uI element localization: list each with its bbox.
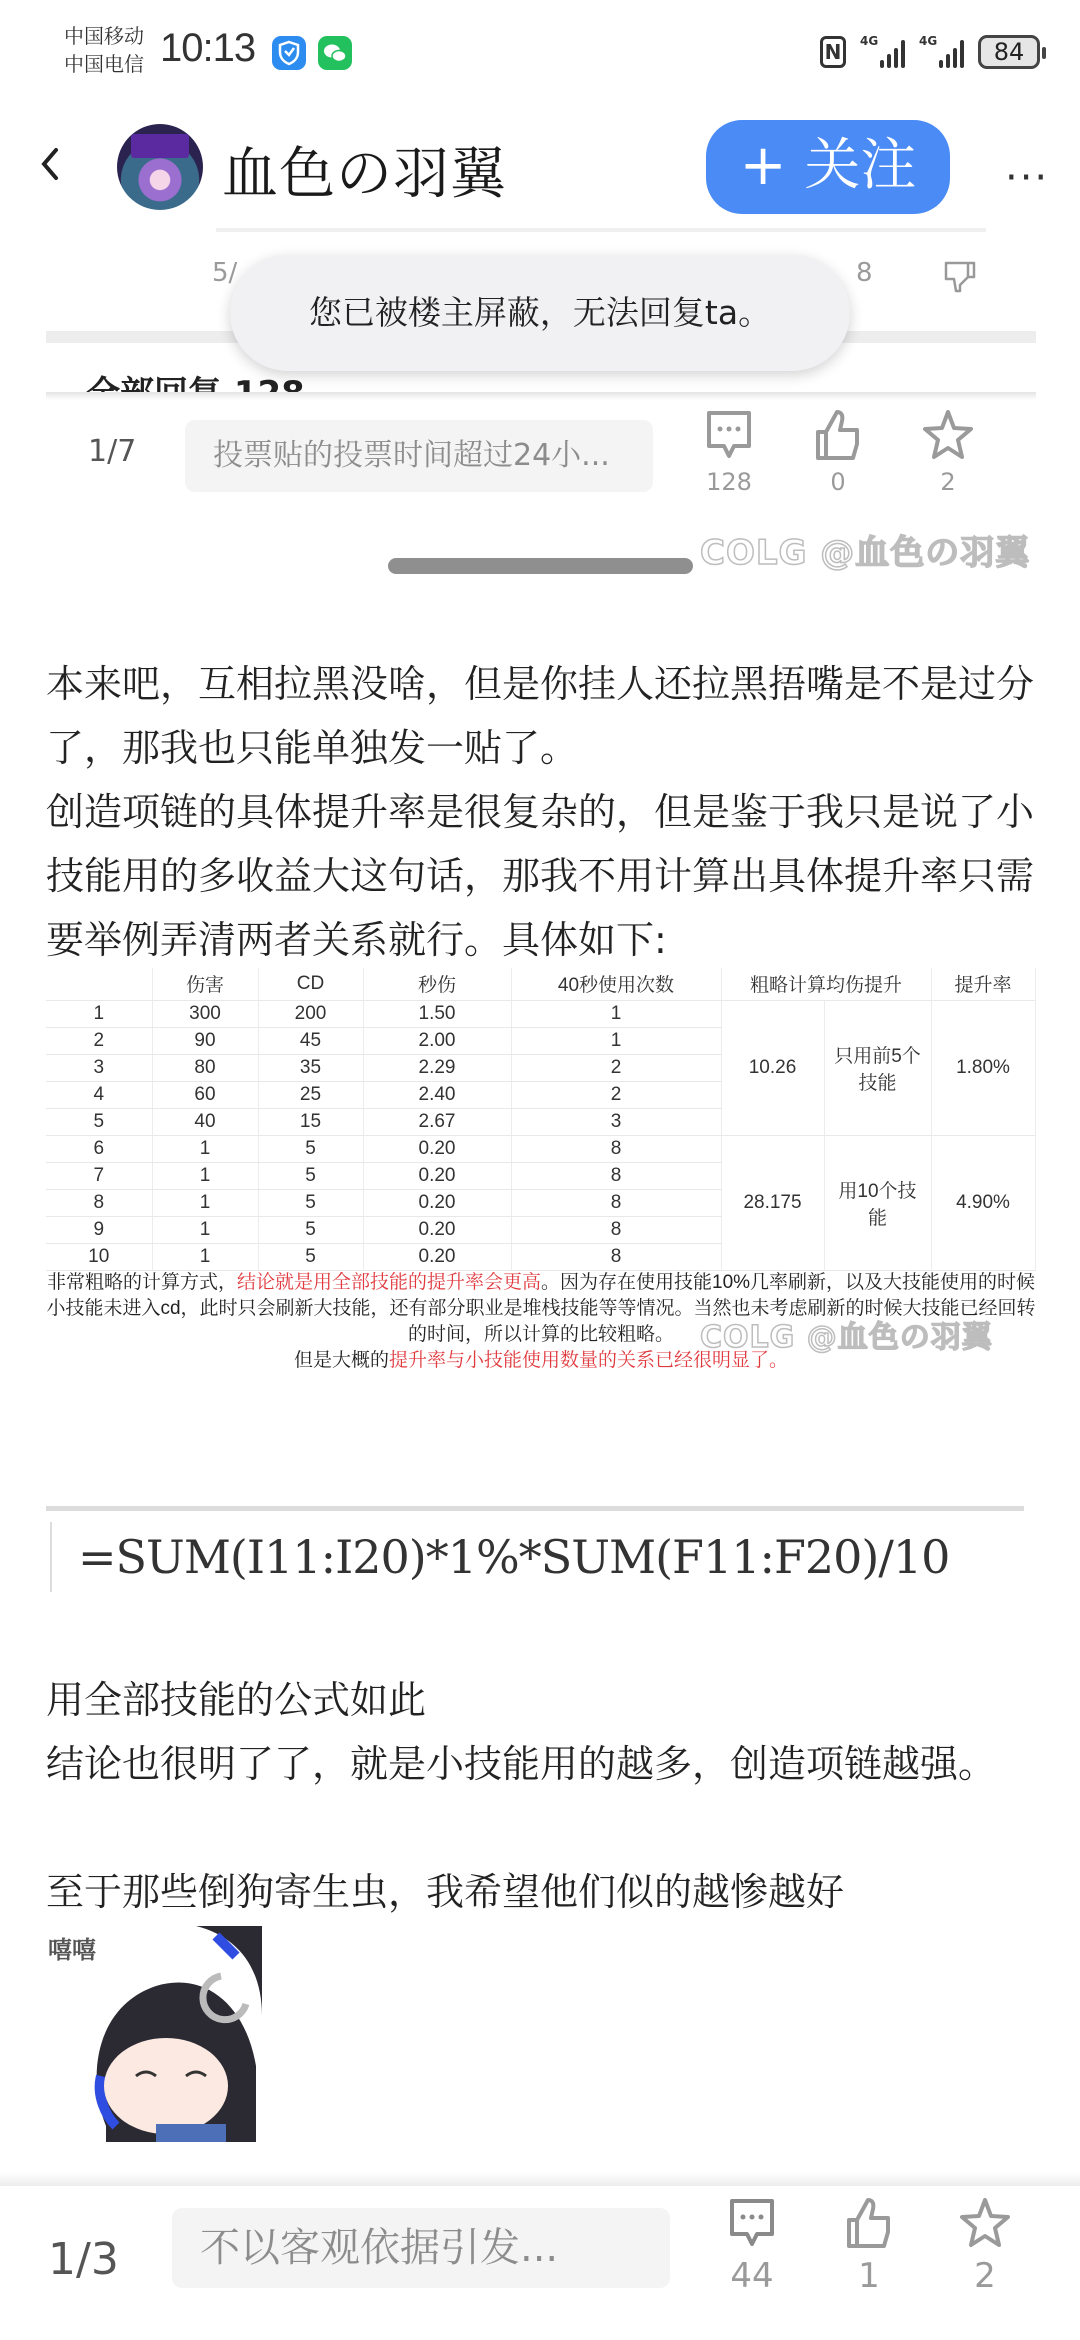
table-cell: 90 — [152, 1027, 258, 1054]
table-cell: 5 — [258, 1189, 363, 1216]
page-indicator[interactable]: 1/7 — [88, 434, 136, 469]
wechat-icon — [318, 36, 352, 70]
table-cell: 40秒使用次数 — [511, 968, 721, 1000]
fade-overlay — [46, 392, 1036, 400]
table-cell: 0.20 — [363, 1216, 511, 1243]
table-cell: 45 — [258, 1027, 363, 1054]
like-count: 8 — [856, 258, 873, 288]
table-cell: 300 — [152, 1000, 258, 1027]
signal-icon-2: 4G — [919, 36, 964, 68]
thumbs-up-icon — [844, 2196, 894, 2252]
table-cell: 0.20 — [363, 1189, 511, 1216]
post-paragraph: 结论也很明了了，就是小技能用的越多，创造项链越强。 — [46, 1732, 1006, 1796]
table-cell: 8 — [511, 1243, 721, 1270]
group-value: 10.26 — [721, 1000, 824, 1135]
dislike-icon[interactable] — [940, 255, 980, 295]
sticker-image[interactable]: 嘻嘻 — [46, 1926, 262, 2142]
table-cell: 60 — [152, 1081, 258, 1108]
table-cell: 6 — [46, 1135, 152, 1162]
table-cell: 1 — [511, 1027, 721, 1054]
comment-icon — [704, 408, 754, 464]
nfc-icon: N — [820, 36, 846, 68]
status-icons: N 4G 4G 84 — [820, 32, 1040, 72]
post-paragraph: 用全部技能的公式如此 — [46, 1668, 1036, 1732]
post-date-fragment: 5/ — [212, 258, 237, 288]
carrier-labels: 中国移动 中国电信 — [64, 22, 144, 78]
table-row: 13002001.501 10.26 只用前5个技能 1.80% — [46, 1000, 1035, 1027]
blocked-toast: 您已被楼主屏蔽，无法回复ta。 — [230, 255, 850, 371]
table-cell: 8 — [511, 1135, 721, 1162]
table-cell: 0.20 — [363, 1135, 511, 1162]
bottom-bar-shadow — [0, 2172, 1080, 2186]
table-cell: 1 — [46, 1000, 152, 1027]
table-cell: 1 — [152, 1135, 258, 1162]
table-cell: 15 — [258, 1108, 363, 1135]
reply-input[interactable]: 投票贴的投票时间超过24小... — [185, 420, 653, 492]
like-count: 0 — [803, 468, 873, 496]
formula-image[interactable]: =SUM(I11:I20)*1%*SUM(F11:F20)/10 — [50, 1522, 949, 1592]
table-row: 6150.208 28.175 用10个技能 4.90% — [46, 1135, 1035, 1162]
table-cell — [46, 968, 152, 1000]
bottom-action-bar: 1/3 不以客观依据引发... 44 1 2 — [0, 2186, 1080, 2340]
like-count: 1 — [834, 2256, 904, 2296]
table-cell: 8 — [511, 1216, 721, 1243]
table-cell: 8 — [46, 1189, 152, 1216]
divider — [46, 1506, 1024, 1511]
drag-handle[interactable] — [388, 558, 693, 574]
table-cell: CD — [258, 968, 363, 1000]
table-cell: 1 — [152, 1189, 258, 1216]
table-cell: 2.67 — [363, 1108, 511, 1135]
post-paragraph: 创造项链的具体提升率是很复杂的，但是鉴于我只是说了小技能用的多收益大这句话，那我… — [46, 780, 1036, 972]
table-cell: 2.40 — [363, 1081, 511, 1108]
table-cell: 5 — [258, 1216, 363, 1243]
comment-icon — [727, 2196, 777, 2252]
like-button[interactable]: 1 — [834, 2196, 904, 2296]
table-cell: 0.20 — [363, 1162, 511, 1189]
more-options-button[interactable]: ··· — [1005, 155, 1049, 201]
table-cell: 5 — [258, 1162, 363, 1189]
post-header: 血色の羽翼 + 关注 ··· — [0, 110, 1080, 220]
thumbs-up-icon — [813, 408, 863, 464]
favorite-count: 2 — [950, 2256, 1020, 2296]
comment-count: 128 — [694, 468, 764, 496]
group-value: 28.175 — [721, 1135, 824, 1270]
table-cell: 5 — [46, 1108, 152, 1135]
table-cell: 5 — [258, 1135, 363, 1162]
table-cell: 10 — [46, 1243, 152, 1270]
carrier-2: 中国电信 — [64, 50, 144, 78]
follow-button[interactable]: + 关注 — [706, 120, 950, 214]
favorite-count: 2 — [913, 468, 983, 496]
security-app-icon — [272, 36, 306, 70]
avatar[interactable] — [117, 124, 203, 210]
table-cell: 3 — [511, 1108, 721, 1135]
table-cell: 5 — [258, 1243, 363, 1270]
signal-icon-1: 4G — [860, 36, 905, 68]
table-cell: 1 — [152, 1216, 258, 1243]
comment-button[interactable]: 128 — [694, 408, 764, 496]
table-cell: 1 — [152, 1162, 258, 1189]
chevron-left-icon — [30, 140, 70, 188]
table-cell: 4 — [46, 1081, 152, 1108]
table-cell: 2 — [511, 1054, 721, 1081]
table-cell: 35 — [258, 1054, 363, 1081]
comment-count: 44 — [717, 2256, 787, 2296]
group-rate: 1.80% — [931, 1000, 1035, 1135]
group-label: 用10个技能 — [824, 1135, 931, 1270]
group-label: 只用前5个技能 — [824, 1000, 931, 1135]
reply-input[interactable]: 不以客观依据引发... — [172, 2208, 670, 2288]
table-cell: 伤害 — [152, 968, 258, 1000]
table-cell: 1 — [152, 1243, 258, 1270]
favorite-button[interactable]: 2 — [950, 2196, 1020, 2296]
damage-table: 伤害 CD 秒伤 40秒使用次数 粗略计算均伤提升 提升率 13002001.5… — [46, 968, 1036, 1271]
table-cell: 40 — [152, 1108, 258, 1135]
favorite-button[interactable]: 2 — [913, 408, 983, 496]
watermark: COLG @血色の羽翼 — [700, 525, 1030, 574]
table-cell: 2.29 — [363, 1054, 511, 1081]
table-cell: 1.50 — [363, 1000, 511, 1027]
table-cell: 2 — [46, 1027, 152, 1054]
table-cell: 8 — [511, 1189, 721, 1216]
table-cell: 8 — [511, 1162, 721, 1189]
back-button[interactable] — [30, 140, 70, 188]
table-cell: 秒伤 — [363, 968, 511, 1000]
clock: 10:13 — [160, 26, 255, 71]
author-name[interactable]: 血色の羽翼 — [222, 130, 507, 210]
carrier-1: 中国移动 — [64, 22, 144, 50]
table-cell: 粗略计算均伤提升 — [721, 968, 931, 1000]
table-cell: 2 — [511, 1081, 721, 1108]
top-action-bar: 1/7 投票贴的投票时间超过24小... 128 0 2 — [0, 400, 1080, 510]
divider — [216, 228, 986, 232]
post-paragraph: 本来吧，互相拉黑没啥，但是你挂人还拉黑捂嘴是不是过分了，那我也只能单独发一贴了。 — [46, 652, 1036, 780]
post-paragraph: 至于那些倒狗寄生虫，我希望他们似的越惨越好 — [46, 1860, 1036, 1924]
battery-icon: 84 — [978, 35, 1040, 69]
table-cell: 80 — [152, 1054, 258, 1081]
sticker-caption: 嘻嘻 — [48, 1930, 96, 1965]
table-cell: 3 — [46, 1054, 152, 1081]
table-cell: 200 — [258, 1000, 363, 1027]
table-cell: 提升率 — [931, 968, 1035, 1000]
table-cell: 1 — [511, 1000, 721, 1027]
comment-button[interactable]: 44 — [717, 2196, 787, 2296]
status-bar: 中国移动 中国电信 10:13 N 4G 4G 84 — [0, 0, 1080, 105]
watermark: COLG @血色の羽翼 — [700, 1312, 993, 1356]
table-cell: 9 — [46, 1216, 152, 1243]
page-indicator[interactable]: 1/3 — [48, 2234, 119, 2285]
all-replies-header: 全部回复 128 — [86, 374, 305, 392]
table-cell: 0.20 — [363, 1243, 511, 1270]
star-icon — [923, 408, 973, 464]
group-rate: 4.90% — [931, 1135, 1035, 1270]
table-cell: 25 — [258, 1081, 363, 1108]
like-button[interactable]: 0 — [803, 408, 873, 496]
table-cell: 2.00 — [363, 1027, 511, 1054]
star-icon — [960, 2196, 1010, 2252]
table-cell: 7 — [46, 1162, 152, 1189]
